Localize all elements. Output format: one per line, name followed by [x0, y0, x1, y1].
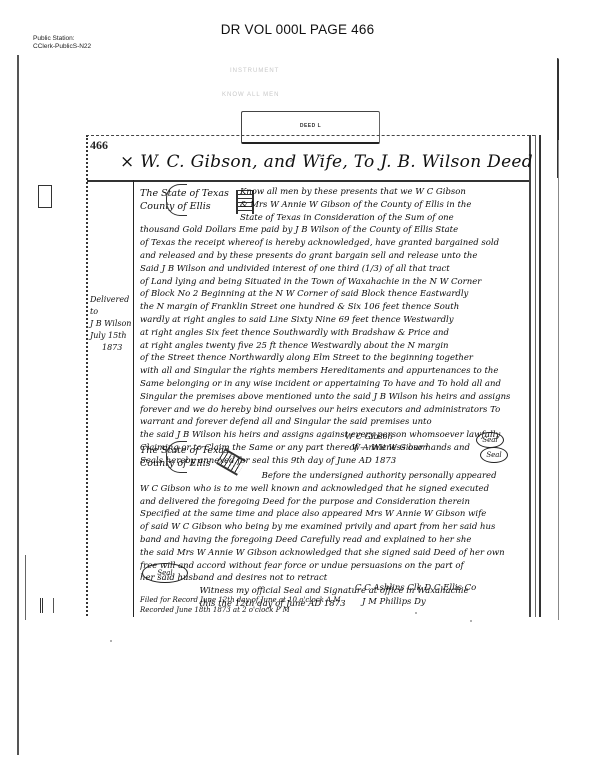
- deed-line: Singular the premises above mentioned un…: [140, 391, 525, 404]
- ack-line: and delivered the foregoing Deed for the…: [140, 496, 525, 509]
- deed-line: forever and we do hereby bind ourselves …: [140, 404, 525, 417]
- deed-line: Know all men by these presents that we W…: [140, 186, 525, 199]
- clerk-signature: C C Ashlins Clk D C Ellis Co: [355, 583, 476, 593]
- seal-stamp-icon: Seal: [476, 432, 504, 448]
- frame-border-right-inner: [535, 135, 536, 617]
- frame-border-right: [529, 135, 531, 617]
- scan-speck: [290, 160, 292, 162]
- deed-line: the N margin of Franklin Street one hund…: [140, 301, 525, 314]
- deed-body: Know all men by these presents that we W…: [140, 186, 525, 468]
- deed-line: of Texas the receipt whereof is hereby a…: [140, 237, 525, 250]
- deed-line: with all and Singular the rights members…: [140, 365, 525, 378]
- scan-speck: [415, 612, 417, 614]
- filed-for-record: Filed for Record June 12th day of June a…: [140, 596, 341, 604]
- bleedthrough-text-2: KNOW ALL MEN: [222, 92, 279, 98]
- margin-column-divider: [133, 180, 134, 617]
- seal-stamp-icon: Seal: [480, 447, 508, 463]
- margin-note-line: Delivered to: [90, 294, 132, 318]
- scan-speck: [320, 155, 322, 157]
- ack-line: the said Mrs W Annie W Gibson acknowledg…: [140, 547, 525, 560]
- grantor-signature: W C Gibson: [345, 432, 393, 441]
- binding-clip-icon: [40, 598, 54, 613]
- ack-line: of said W C Gibson who being by me exami…: [140, 521, 525, 534]
- ack-line: band and having the foregoing Deed Caref…: [140, 534, 525, 547]
- deed-line: warrant and forever defend all and Singu…: [140, 416, 525, 429]
- venue-bracket-icon: [166, 441, 187, 473]
- margin-note-line: July 15th: [90, 330, 132, 342]
- deed-caption: × W. C. Gibson, and Wife, To J. B. Wilso…: [120, 152, 533, 172]
- deed-line: thousand Gold Dollars Eme paid by J B Wi…: [140, 224, 525, 237]
- notary-seal-icon: Seal: [142, 563, 188, 583]
- ack-line: Specified at the same time and place als…: [140, 508, 525, 521]
- ack-line: free will and accord without fear force …: [140, 560, 525, 573]
- ack-line: Before the undersigned authority persona…: [140, 470, 525, 483]
- frame-border-right-outer: [539, 135, 541, 617]
- page-tab-marker-icon: [38, 185, 52, 208]
- deed-line: & Mrs W Annie W Gibson of the County of …: [140, 199, 525, 212]
- volume-edge-line: [558, 140, 559, 620]
- left-margin-rule: [25, 555, 26, 620]
- margin-note-line: J B Wilson: [90, 318, 132, 330]
- deed-line: at right angles twenty five 25 ft thence…: [140, 340, 525, 353]
- ack-line: W C Gibson who is to me well known and a…: [140, 483, 525, 496]
- deed-line: of Block No 2 Beginning at the N W Corne…: [140, 288, 525, 301]
- deed-line: Said J B Wilson and undivided interest o…: [140, 263, 525, 276]
- record-page-number: 466: [90, 138, 108, 153]
- deputy-signature: J M Phillips Dy: [362, 597, 426, 607]
- deed-line: of the Street thence Northwardly along E…: [140, 352, 525, 365]
- volume-spine-left: [17, 55, 19, 755]
- deed-line: the said J B Wilson his heirs and assign…: [140, 429, 525, 442]
- deed-line: of Land lying and being Situated in the …: [140, 276, 525, 289]
- recorded-date: Recorded June 18th 1873 at 2 o'clock P M: [140, 606, 290, 614]
- public-station-info: Public Station: CClerk-PublicS-N22: [33, 35, 91, 51]
- deed-line: and released and by these presents do gr…: [140, 250, 525, 263]
- deed-line: at right angles Six feet thence Southwar…: [140, 327, 525, 340]
- scan-speck: [470, 620, 472, 622]
- station-label: Public Station:: [33, 35, 91, 43]
- margin-note-line: 1873: [90, 342, 132, 354]
- deed-line: State of Texas in Consideration of the S…: [140, 212, 525, 225]
- station-id: CClerk-PublicS-N22: [33, 43, 91, 51]
- deed-line: Same belonging or in any wise incident o…: [140, 378, 525, 391]
- deed-line: wardly at right angles to said Line Sixt…: [140, 314, 525, 327]
- grantor-wife-signature: W Annie W Gibson: [352, 443, 428, 452]
- deed-tab-label: DEED L: [242, 123, 379, 129]
- bleedthrough-text-1: INSTRUMENT: [230, 68, 279, 74]
- delivery-margin-note: Delivered to J B Wilson July 15th 1873: [90, 294, 132, 354]
- scan-speck: [110, 640, 112, 642]
